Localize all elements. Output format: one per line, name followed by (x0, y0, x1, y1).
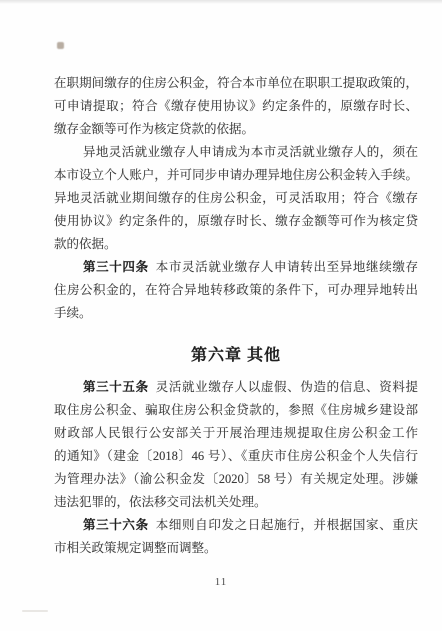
body-line: 第三十六条本细则自印发之日起施行，并根据国家、重庆 (54, 514, 418, 537)
chapter-heading: 第六章 其他 (54, 344, 418, 367)
body-line: 市相关政策规定调整而调整。 (54, 537, 418, 560)
body-line: 违法犯罪的，依法移交司法机关处理。 (54, 491, 418, 514)
body-line: 使用协议》约定条件的，原缴存时长、缴存金额等可作为核定贷 (54, 210, 418, 233)
article-number: 第三十六条 (83, 518, 149, 532)
body-line: 款的依据。 (54, 233, 418, 256)
body-line: 财政部人民银行公安部关于开展治理违规提取住房公积金工作 (54, 422, 418, 445)
document-body: 在职期间缴存的住房公积金，符合本市单位在职职工提取政策的，可申请提取；符合《缴存… (54, 72, 418, 560)
scan-smudge (22, 610, 48, 612)
body-line: 异地灵活就业期间缴存的住房公积金，可灵活取用；符合《缴存 (54, 187, 418, 210)
body-line: 为管理办法》（渝公积金发〔2020〕58 号）有关规定处理。涉嫌 (54, 468, 418, 491)
body-line: 取住房公积金、骗取住房公积金贷款的，参照《住房城乡建设部 (54, 399, 418, 422)
page-number: 11 (0, 576, 442, 588)
body-line: 住房公积金的，在符合异地转移政策的条件下，可办理异地转出 (54, 279, 418, 302)
scan-speck (57, 42, 64, 49)
body-line: 手续。 (54, 302, 418, 325)
body-line: 第三十四条本市灵活就业缴存人申请转出至异地继续缴存 (54, 256, 418, 279)
body-line: 在职期间缴存的住房公积金，符合本市单位在职职工提取政策的， (54, 72, 418, 95)
body-line: 本市设立个人账户，并可同步申请办理异地住房公积金转入手续。 (54, 164, 418, 187)
body-line: 可申请提取；符合《缴存使用协议》约定条件的，原缴存时长、 (54, 95, 418, 118)
document-page: 在职期间缴存的住房公积金，符合本市单位在职职工提取政策的，可申请提取；符合《缴存… (0, 0, 442, 631)
article-number: 第三十四条 (83, 260, 149, 274)
body-line: 缴存金额等可作为核定贷款的依据。 (54, 118, 418, 141)
article-number: 第三十五条 (83, 380, 149, 394)
body-line: 异地灵活就业缴存人申请成为本市灵活就业缴存人的，须在 (54, 141, 418, 164)
body-line: 第三十五条灵活就业缴存人以虚假、伪造的信息、资料提 (54, 376, 418, 399)
body-line: 的通知》（建金〔2018〕46 号）、《重庆市住房公积金个人失信行 (54, 445, 418, 468)
